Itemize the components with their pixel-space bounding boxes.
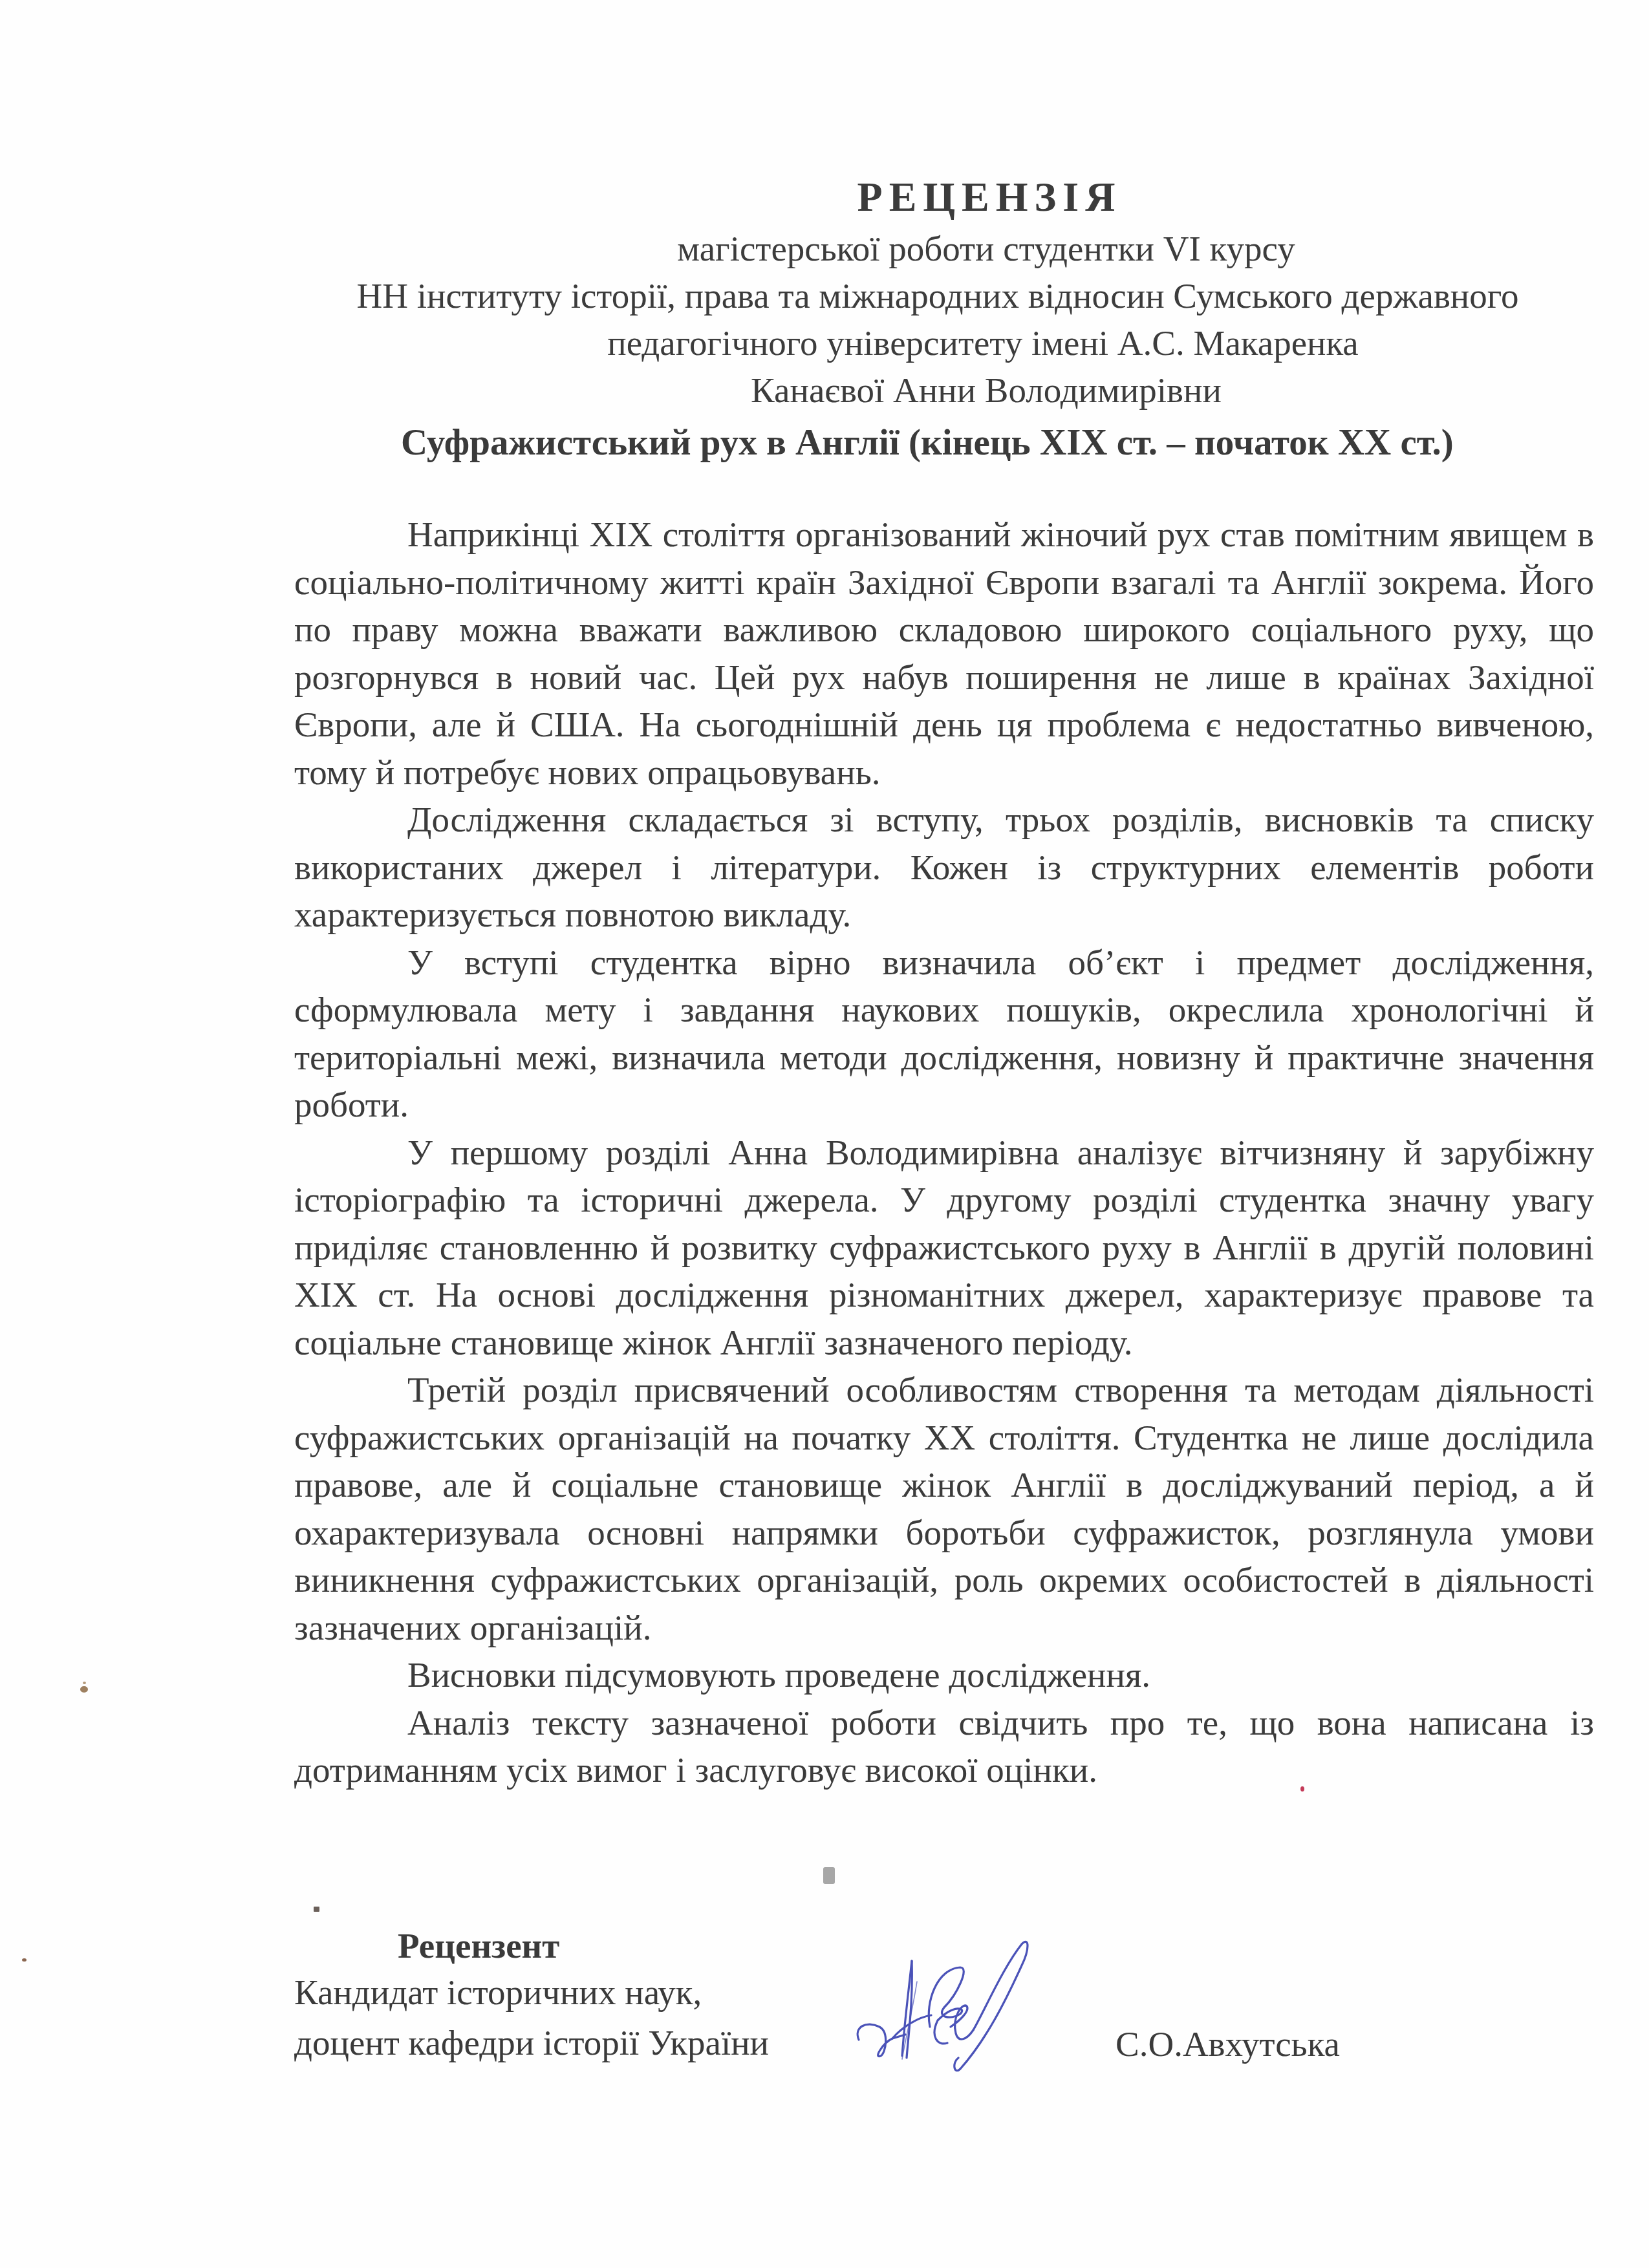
paragraph-chapters-one-two: У першому розділі Анна Володимирівна ана… [294,1129,1594,1367]
paragraph-chapter-three: Третій розділ присвячений особливостям с… [294,1366,1594,1651]
subtitle-line-student-name: Канаєвої Анни Володимирівни [285,367,1591,414]
scan-speck-above-signature [823,1867,835,1884]
scanned-page: РЕЦЕНЗІЯ магістерської роботи студентки … [0,0,1649,2268]
paragraph-conclusions: Висновки підсумовують проведене дослідже… [294,1651,1594,1699]
scan-speck-left-brown [80,1686,88,1693]
paragraph-introduction-section: У вступі студентка вірно визначила об’єк… [294,939,1594,1129]
reviewer-name: С.О.Авхутська [1115,2022,1340,2067]
thesis-title: Суфражистський рух в Англії (кінець XIX … [401,417,1454,469]
paragraph-structure: Дослідження складається зі вступу, трьох… [294,796,1594,939]
scan-speck-left-small [83,1682,86,1684]
scan-speck-lower-left [22,1958,27,1962]
review-body: Наприкінці XIX століття організований жі… [294,511,1594,1794]
document-header: РЕЦЕНЗІЯ магістерської роботи студентки … [285,169,1591,414]
paragraph-assessment: Аналіз тексту зазначеної роботи свідчить… [294,1699,1594,1794]
reviewer-label: Рецензент [398,1923,559,1969]
subtitle-line-work: магістерської роботи студентки VI курсу [285,225,1591,272]
subtitle-line-university: педагогічного університету імені А.С. Ма… [285,319,1591,367]
handwritten-signature-icon [841,1930,1035,2091]
reviewer-degree: Кандидат історичних наук, [294,1970,702,2015]
subtitle-line-institute: НН інституту історії, права та міжнародн… [285,272,1591,319]
paragraph-intro: Наприкінці XIX століття організований жі… [294,511,1594,796]
document-heading: РЕЦЕНЗІЯ [285,169,1591,225]
scan-speck-red [1300,1786,1304,1792]
scan-speck-near-reviewer [314,1907,319,1912]
reviewer-position: доцент кафедри історії України [294,2020,769,2066]
